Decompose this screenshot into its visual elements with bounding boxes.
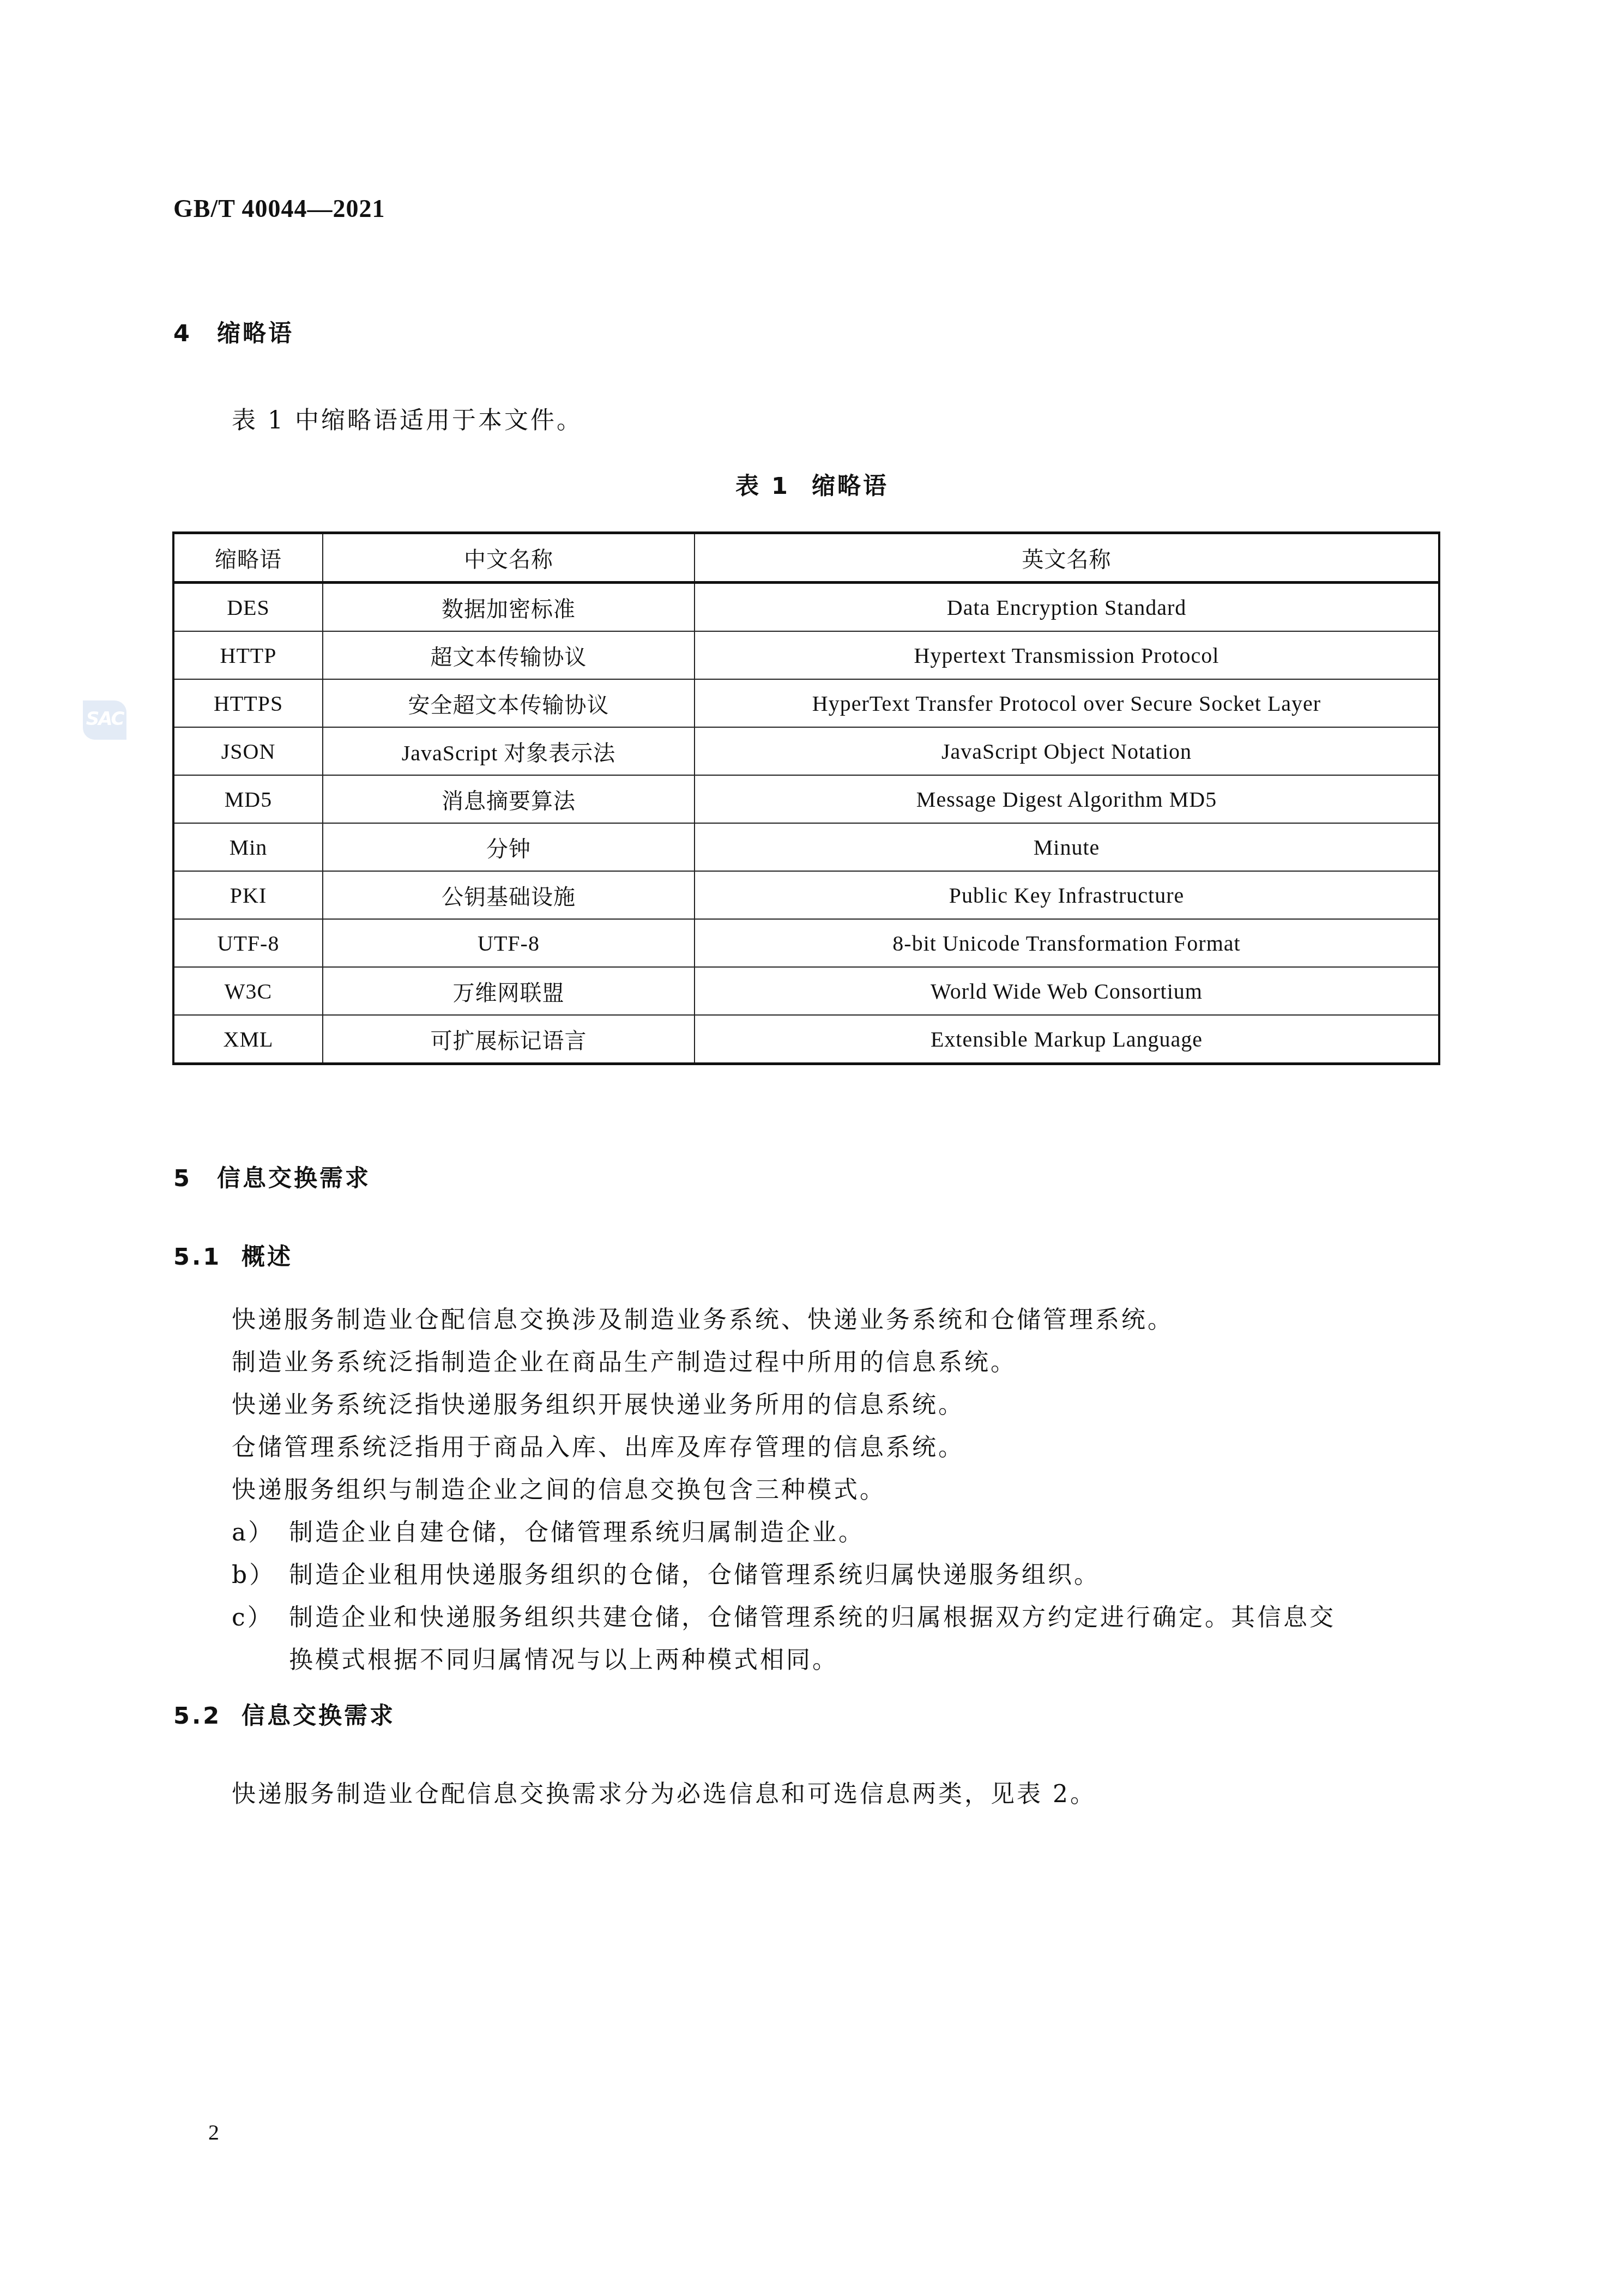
cell-chinese-name: 万维网联盟 xyxy=(323,967,695,1015)
watermark-text: SAC xyxy=(83,708,126,730)
table-row: Min 分钟 Minute xyxy=(173,823,1439,871)
subsection-title: 概述 xyxy=(242,1243,293,1271)
cell-abbreviation: PKI xyxy=(173,871,323,919)
section-5-heading: 5信息交换需求 xyxy=(173,1160,371,1193)
paragraph: 快递服务组织与制造企业之间的信息交换包含三种模式。 xyxy=(232,1470,886,1505)
cell-english-name: 8-bit Unicode Transformation Format xyxy=(695,919,1439,967)
standard-code-header: GB/T 40044—2021 xyxy=(173,194,385,223)
list-item-a: a）制造企业自建仓储，仓储管理系统归属制造企业。 xyxy=(232,1513,865,1548)
cell-abbreviation: DES xyxy=(173,583,323,632)
cell-abbreviation: XML xyxy=(173,1015,323,1064)
table-row: W3C 万维网联盟 World Wide Web Consortium xyxy=(173,967,1439,1015)
cell-abbreviation: JSON xyxy=(173,727,323,775)
subsection-number: 5.2 xyxy=(173,1702,242,1730)
cell-english-name: Data Encryption Standard xyxy=(695,583,1439,632)
cell-chinese-name: 公钥基础设施 xyxy=(323,871,695,919)
column-header-chinese-name: 中文名称 xyxy=(323,533,695,583)
cell-abbreviation: HTTPS xyxy=(173,679,323,727)
cell-chinese-name: 分钟 xyxy=(323,823,695,871)
cell-english-name: Minute xyxy=(695,823,1439,871)
section-number: 4 xyxy=(173,320,217,347)
table-row: HTTPS 安全超文本传输协议 HyperText Transfer Proto… xyxy=(173,679,1439,727)
cell-english-name: Message Digest Algorithm MD5 xyxy=(695,775,1439,823)
cell-chinese-name: UTF-8 xyxy=(323,919,695,967)
subsection-title: 信息交换需求 xyxy=(242,1702,395,1730)
table-row: HTTP 超文本传输协议 Hypertext Transmission Prot… xyxy=(173,631,1439,679)
cell-abbreviation: Min xyxy=(173,823,323,871)
cell-chinese-name: 消息摘要算法 xyxy=(323,775,695,823)
cell-chinese-name: 超文本传输协议 xyxy=(323,631,695,679)
cell-abbreviation: W3C xyxy=(173,967,323,1015)
list-label: a） xyxy=(232,1513,289,1548)
list-label: c） xyxy=(232,1598,289,1633)
list-item-b: b）制造企业租用快递服务组织的仓储，仓储管理系统归属快递服务组织。 xyxy=(232,1555,1100,1590)
cell-english-name: JavaScript Object Notation xyxy=(695,727,1439,775)
paragraph: 快递服务制造业仓配信息交换需求分为必选信息和可选信息两类，见表 2。 xyxy=(232,1774,1096,1809)
list-text: 制造企业自建仓储，仓储管理系统归属制造企业。 xyxy=(289,1519,865,1546)
list-item-c-continuation: 换模式根据不同归属情况与以上两种模式相同。 xyxy=(289,1640,838,1675)
cell-english-name: Extensible Markup Language xyxy=(695,1015,1439,1064)
table-row: DES 数据加密标准 Data Encryption Standard xyxy=(173,583,1439,632)
cell-abbreviation: UTF-8 xyxy=(173,919,323,967)
table-row: PKI 公钥基础设施 Public Key Infrastructure xyxy=(173,871,1439,919)
list-text: 制造企业租用快递服务组织的仓储，仓储管理系统归属快递服务组织。 xyxy=(289,1561,1100,1589)
cell-abbreviation: HTTP xyxy=(173,631,323,679)
cell-english-name: Hypertext Transmission Protocol xyxy=(695,631,1439,679)
column-header-english-name: 英文名称 xyxy=(695,533,1439,583)
list-item-c: c）制造企业和快递服务组织共建仓储，仓储管理系统的归属根据双方约定进行确定。其信… xyxy=(232,1598,1336,1633)
section-number: 5 xyxy=(173,1165,217,1192)
cell-chinese-name: JavaScript 对象表示法 xyxy=(323,727,695,775)
section-title: 信息交换需求 xyxy=(217,1165,371,1192)
table-caption-title: 缩略语 xyxy=(812,473,889,500)
table-row: MD5 消息摘要算法 Message Digest Algorithm MD5 xyxy=(173,775,1439,823)
table-header-row: 缩略语 中文名称 英文名称 xyxy=(173,533,1439,583)
section-5-2-heading: 5.2信息交换需求 xyxy=(173,1697,395,1731)
page-number: 2 xyxy=(208,2119,219,2145)
list-label: b） xyxy=(232,1555,289,1590)
column-header-abbreviation: 缩略语 xyxy=(173,533,323,583)
section-5-1-heading: 5.1概述 xyxy=(173,1238,293,1272)
subsection-number: 5.1 xyxy=(173,1243,242,1271)
abbreviations-table: 缩略语 中文名称 英文名称 DES 数据加密标准 Data Encryption… xyxy=(172,531,1440,1065)
section-4-heading: 4缩略语 xyxy=(173,315,294,348)
paragraph: 仓储管理系统泛指用于商品入库、出库及库存管理的信息系统。 xyxy=(232,1428,964,1463)
cell-chinese-name: 可扩展标记语言 xyxy=(323,1015,695,1064)
list-text: 制造企业和快递服务组织共建仓储，仓储管理系统的归属根据双方约定进行确定。其信息交 xyxy=(289,1604,1336,1632)
standard-code: GB/T 40044—2021 xyxy=(173,195,385,222)
paragraph: 快递服务制造业仓配信息交换涉及制造业务系统、快递业务系统和仓储管理系统。 xyxy=(232,1300,1174,1335)
table-caption: 表 1缩略语 xyxy=(0,468,1624,501)
table-row: XML 可扩展标记语言 Extensible Markup Language xyxy=(173,1015,1439,1064)
table-row: JSON JavaScript 对象表示法 JavaScript Object … xyxy=(173,727,1439,775)
section-4-intro: 表 1 中缩略语适用于本文件。 xyxy=(232,401,583,436)
section-title: 缩略语 xyxy=(217,320,294,347)
sac-watermark-icon: SAC xyxy=(83,700,126,740)
table-caption-label: 表 1 xyxy=(735,473,790,500)
paragraph: 制造业务系统泛指制造企业在商品生产制造过程中所用的信息系统。 xyxy=(232,1343,1017,1377)
cell-chinese-name: 数据加密标准 xyxy=(323,583,695,632)
cell-english-name: HyperText Transfer Protocol over Secure … xyxy=(695,679,1439,727)
cell-english-name: Public Key Infrastructure xyxy=(695,871,1439,919)
paragraph: 快递业务系统泛指快递服务组织开展快递业务所用的信息系统。 xyxy=(232,1385,964,1420)
cell-chinese-name: 安全超文本传输协议 xyxy=(323,679,695,727)
cell-english-name: World Wide Web Consortium xyxy=(695,967,1439,1015)
table-row: UTF-8 UTF-8 8-bit Unicode Transformation… xyxy=(173,919,1439,967)
cell-abbreviation: MD5 xyxy=(173,775,323,823)
